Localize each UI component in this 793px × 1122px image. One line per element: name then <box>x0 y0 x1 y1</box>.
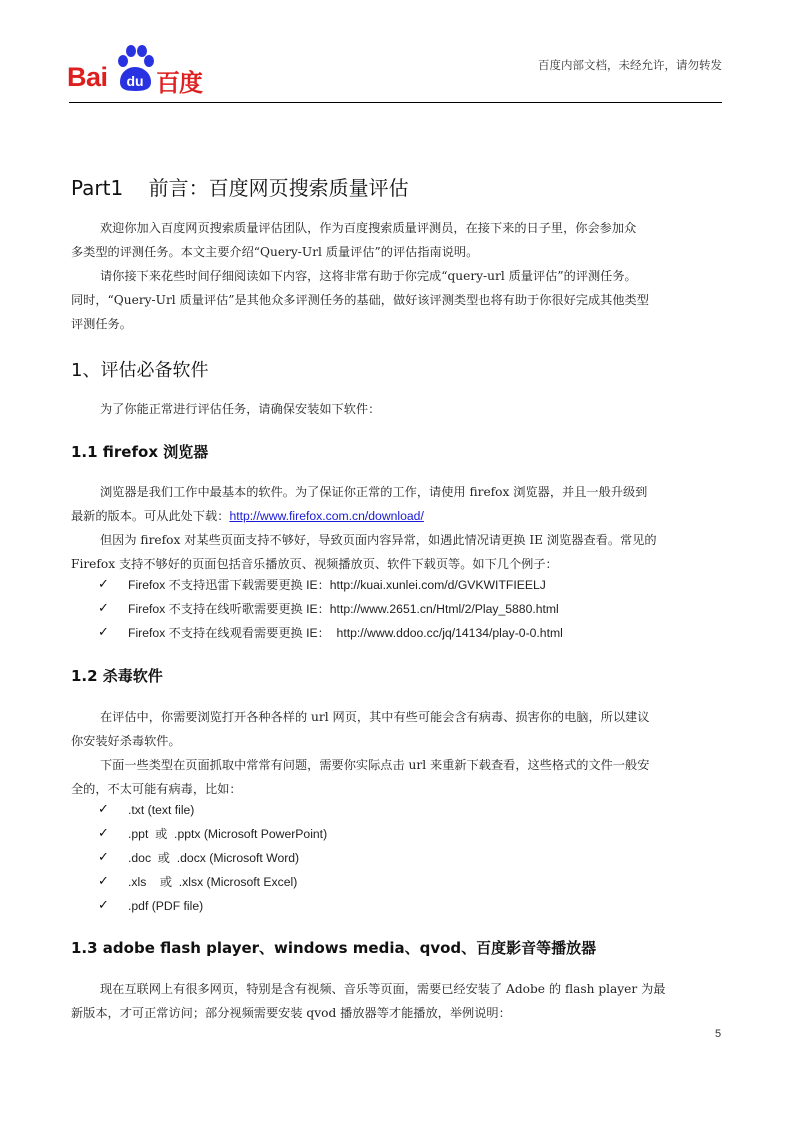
checkmark-icon: ✓ <box>98 894 128 918</box>
intro-line: 请你接下来花些时间仔细阅读如下内容，这将非常有助于你完成“query-url 质… <box>71 264 723 288</box>
intro-line: 同时，“Query-Url 质量评估”是其他众多评测任务的基础，做好该评测类型也… <box>71 288 723 312</box>
example-text: Firefox 不支持在线观看需要更换 IE： http://www.ddoo.… <box>128 621 563 645</box>
download-prefix: 最新的版本。可从此处下载： <box>71 509 229 523</box>
section-1-heading: 1、评估必备软件 <box>71 356 208 382</box>
part-title: Part1 前言：百度网页搜索质量评估 <box>71 172 409 201</box>
players-paragraph: 现在互联网上有很多网页，特别是含有视频、音乐等页面，需要已经安装了 Adobe … <box>71 977 723 1025</box>
confidential-note: 百度内部文档，未经允许，请勿转发 <box>538 57 722 73</box>
example-text: Firefox 不支持迅雷下载需要更换 IE：http://kuai.xunle… <box>128 573 546 597</box>
page-number: 5 <box>715 1028 721 1040</box>
file-type-text: .txt (text file) <box>128 798 194 822</box>
firefox-download-link[interactable]: http://www.firefox.com.cn/download/ <box>229 509 423 523</box>
checkmark-icon: ✓ <box>98 597 128 621</box>
firefox-examples-list: ✓ Firefox 不支持迅雷下载需要更换 IE：http://kuai.xun… <box>98 573 563 645</box>
checkmark-icon: ✓ <box>98 621 128 645</box>
list-item: ✓ .doc 或 .docx (Microsoft Word) <box>98 846 327 870</box>
file-type-text: .ppt 或 .pptx (Microsoft PowerPoint) <box>128 822 327 846</box>
antivirus-para-line: 下面一些类型在页面抓取中常常有问题，需要你实际点击 url 来重新下载查看，这些… <box>71 753 723 777</box>
players-para-line: 新版本，才可正常访问；部分视频需要安装 qvod 播放器等才能播放，举例说明： <box>71 1001 723 1025</box>
logo-chinese-text: 百度 <box>156 63 202 98</box>
list-item: ✓ .txt (text file) <box>98 798 327 822</box>
file-type-text: .pdf (PDF file) <box>128 894 203 918</box>
intro-line: 欢迎你加入百度网页搜索质量评估团队，作为百度搜索质量评测员，在接下来的日子里，你… <box>71 216 723 240</box>
section-1-intro-text: 为了你能正常进行评估任务，请确保安装如下软件： <box>71 397 723 421</box>
antivirus-para-line: 在评估中，你需要浏览打开各种各样的 url 网页，其中有些可能会含有病毒、损害你… <box>71 705 723 729</box>
firefox-paragraph: 浏览器是我们工作中最基本的软件。为了保证你正常的工作，请使用 firefox 浏… <box>71 480 723 576</box>
logo-du-text: du <box>126 73 143 89</box>
baidu-paw-icon: du <box>113 44 157 94</box>
baidu-logo: Bai du 百度 <box>67 44 217 96</box>
list-item: ✓ Firefox 不支持在线听歌需要更换 IE：http://www.2651… <box>98 597 563 621</box>
file-types-list: ✓ .txt (text file) ✓ .ppt 或 .pptx (Micro… <box>98 798 327 918</box>
section-1-1-heading: 1.1 firefox 浏览器 <box>71 441 208 462</box>
section-1-2-heading: 1.2 杀毒软件 <box>71 665 163 686</box>
header-divider <box>69 102 722 103</box>
list-item: ✓ .xls 或 .xlsx (Microsoft Excel) <box>98 870 327 894</box>
firefox-para-line: 但因为 firefox 对某些页面支持不够好，导致页面内容异常，如遇此情况请更换… <box>71 528 723 552</box>
section-1-3-heading: 1.3 adobe flash player、windows media、qvo… <box>71 937 596 958</box>
antivirus-para-line: 你安装好杀毒软件。 <box>71 729 723 753</box>
section-1-intro: 为了你能正常进行评估任务，请确保安装如下软件： <box>71 397 723 421</box>
intro-paragraph: 欢迎你加入百度网页搜索质量评估团队，作为百度搜索质量评测员，在接下来的日子里，你… <box>71 216 723 336</box>
file-type-text: .xls 或 .xlsx (Microsoft Excel) <box>128 870 297 894</box>
list-item: ✓ Firefox 不支持在线观看需要更换 IE： http://www.ddo… <box>98 621 563 645</box>
firefox-para-line: 最新的版本。可从此处下载：http://www.firefox.com.cn/d… <box>71 504 723 528</box>
intro-line: 多类型的评测任务。本文主要介绍“Query-Url 质量评估”的评估指南说明。 <box>71 240 723 264</box>
firefox-para-line: 浏览器是我们工作中最基本的软件。为了保证你正常的工作，请使用 firefox 浏… <box>71 480 723 504</box>
list-item: ✓ Firefox 不支持迅雷下载需要更换 IE：http://kuai.xun… <box>98 573 563 597</box>
checkmark-icon: ✓ <box>98 573 128 597</box>
checkmark-icon: ✓ <box>98 822 128 846</box>
logo-latin-text: Bai <box>67 62 108 93</box>
checkmark-icon: ✓ <box>98 870 128 894</box>
intro-line: 评测任务。 <box>71 312 723 336</box>
list-item: ✓ .ppt 或 .pptx (Microsoft PowerPoint) <box>98 822 327 846</box>
checkmark-icon: ✓ <box>98 846 128 870</box>
antivirus-paragraph: 在评估中，你需要浏览打开各种各样的 url 网页，其中有些可能会含有病毒、损害你… <box>71 705 723 801</box>
list-item: ✓ .pdf (PDF file) <box>98 894 327 918</box>
checkmark-icon: ✓ <box>98 798 128 822</box>
players-para-line: 现在互联网上有很多网页，特别是含有视频、音乐等页面，需要已经安装了 Adobe … <box>71 977 723 1001</box>
file-type-text: .doc 或 .docx (Microsoft Word) <box>128 846 299 870</box>
example-text: Firefox 不支持在线听歌需要更换 IE：http://www.2651.c… <box>128 597 559 621</box>
